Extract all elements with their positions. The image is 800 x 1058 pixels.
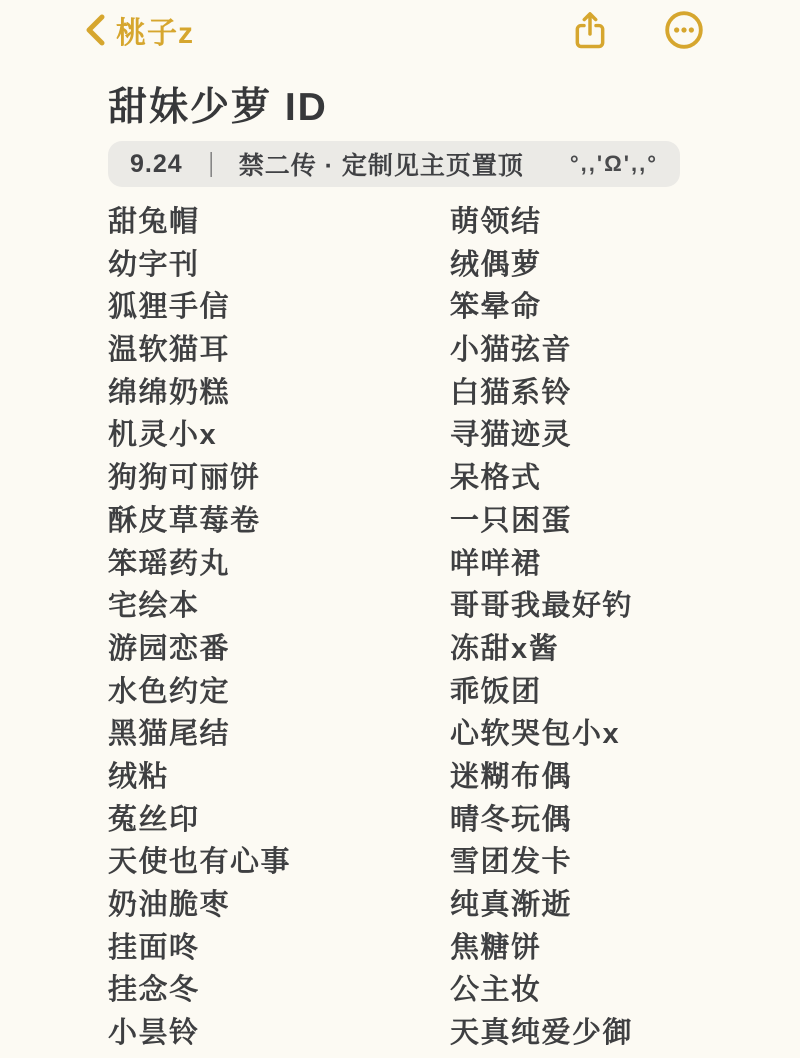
meta-notice: 禁二传 · 定制见主页置顶 — [239, 146, 524, 182]
list-item: 绵绵奶糕 — [108, 372, 450, 415]
list-item: 水色约定 — [108, 671, 450, 714]
back-button[interactable]: 桃子z — [82, 8, 194, 52]
list-item: 一只困蛋 — [450, 500, 760, 543]
note-body[interactable]: 甜兔帽幼字刊狐狸手信温软猫耳绵绵奶糕机灵小x狗狗可丽饼酥皮草莓卷笨瑶药丸宅绘本游… — [108, 201, 760, 1058]
list-item: 绒偶萝 — [450, 244, 760, 287]
list-item: 小昙铃 — [108, 1012, 450, 1055]
list-item: 狐狸手信 — [108, 286, 450, 329]
share-button[interactable] — [568, 8, 612, 52]
list-item: 酥皮草莓卷 — [108, 500, 450, 543]
list-item: 笨晕命 — [450, 286, 760, 329]
note-column-right: 萌领结绒偶萝笨晕命小猫弦音白猫系铃寻猫迹灵呆格式一只困蛋咩咩裙哥哥我最好钓冻甜x… — [450, 201, 760, 1055]
list-item: 奶油脆枣 — [108, 884, 450, 927]
list-item: 乖饭团 — [450, 671, 760, 714]
meta-kaomoji: °,,'Ω',,° — [570, 151, 658, 177]
ellipsis-circle-icon — [663, 9, 705, 51]
list-item: 天真纯爱少御 — [450, 1012, 760, 1055]
list-item: 迷糊布偶 — [450, 756, 760, 799]
list-item: 焦糖饼 — [450, 927, 760, 970]
meta-separator: ｜ — [199, 146, 225, 182]
list-item: 冻甜x酱 — [450, 628, 760, 671]
list-item: 挂面咚 — [108, 927, 450, 970]
list-item: 宅绘本 — [108, 585, 450, 628]
list-item: 寻猫迹灵 — [450, 414, 760, 457]
list-item: 挂念冬 — [108, 969, 450, 1012]
list-item: 黑猫尾结 — [108, 713, 450, 756]
chevron-left-icon — [82, 13, 108, 47]
list-item: 萌领结 — [450, 201, 760, 244]
list-item: 菟丝印 — [108, 799, 450, 842]
list-item: 温软猫耳 — [108, 329, 450, 372]
list-item: 狗狗可丽饼 — [108, 457, 450, 500]
list-item: 幼字刊 — [108, 244, 450, 287]
list-item: 咩咩裙 — [450, 543, 760, 586]
notes-page: { "colors":{ "accent":"#d6a62e", "text":… — [0, 0, 800, 1058]
list-item: 游园恋番 — [108, 628, 450, 671]
list-item: 雪团发卡 — [450, 841, 760, 884]
nav-bar: 桃子z — [82, 6, 706, 54]
share-icon — [571, 9, 609, 51]
list-item: 小猫弦音 — [450, 329, 760, 372]
note-column-left: 甜兔帽幼字刊狐狸手信温软猫耳绵绵奶糕机灵小x狗狗可丽饼酥皮草莓卷笨瑶药丸宅绘本游… — [108, 201, 450, 1055]
list-item: 天使也有心事 — [108, 841, 450, 884]
list-item: 呆格式 — [450, 457, 760, 500]
list-item: 白猫系铃 — [450, 372, 760, 415]
meta-pill: 9.24 ｜ 禁二传 · 定制见主页置顶 °,,'Ω',,° — [108, 141, 680, 187]
list-item: 笨瑶药丸 — [108, 543, 450, 586]
meta-date: 9.24 — [130, 150, 183, 179]
list-item: 心软哭包小x — [450, 713, 760, 756]
list-item: 晴冬玩偶 — [450, 799, 760, 842]
note-title: 甜妹少萝 ID — [108, 76, 328, 132]
list-item: 公主妆 — [450, 969, 760, 1012]
list-item: 甜兔帽 — [108, 201, 450, 244]
list-item: 哥哥我最好钓 — [450, 585, 760, 628]
list-item: 纯真渐逝 — [450, 884, 760, 927]
more-button[interactable] — [662, 8, 706, 52]
list-item: 绒粘 — [108, 756, 450, 799]
back-label: 桃子z — [116, 8, 194, 52]
list-item: 机灵小x — [108, 414, 450, 457]
